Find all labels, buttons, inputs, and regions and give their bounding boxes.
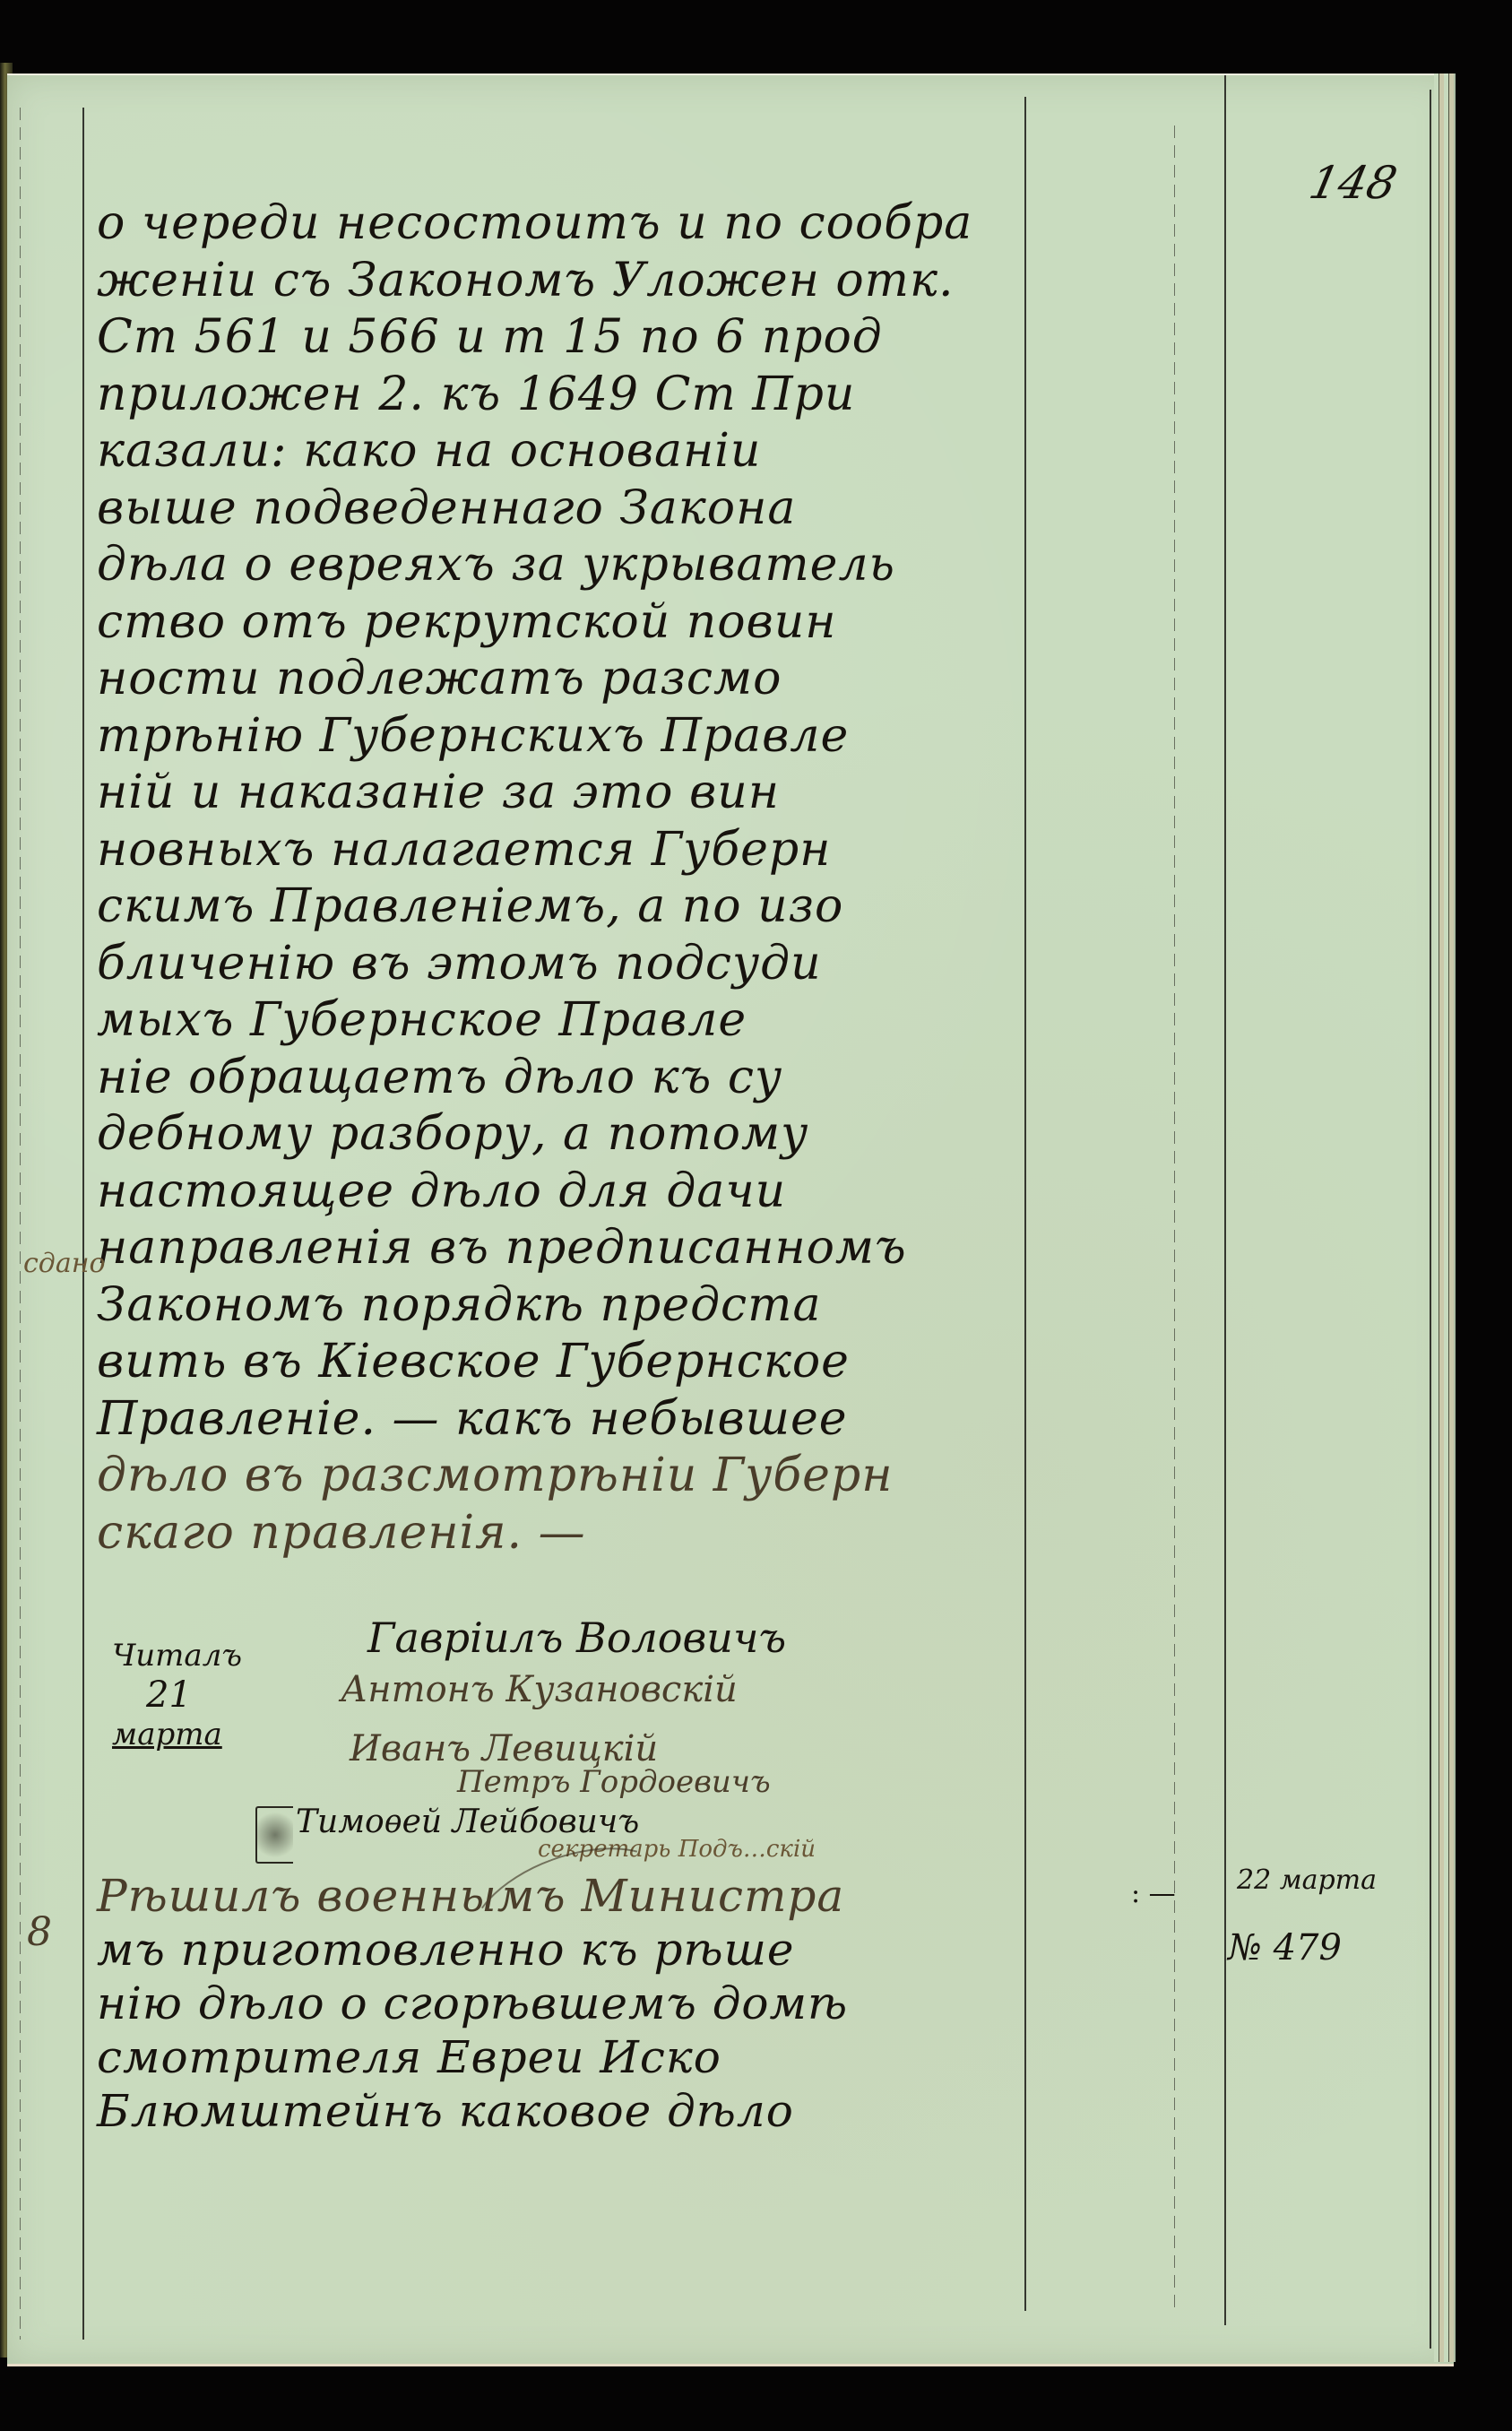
- number-column-rule: [1224, 75, 1226, 2325]
- register-number: № 479: [1228, 1927, 1342, 1968]
- text-line: Ст 561 и 566 и т 15 по 6 прод: [97, 309, 1029, 367]
- text-line: скимъ Правленіемъ, а по изо: [97, 878, 1029, 936]
- text-line: мыхъ Губернское Правле: [97, 992, 1029, 1050]
- signature: Антонъ Кузановскій: [341, 1669, 738, 1710]
- read-note: Читалъ 21 марта: [112, 1636, 242, 1754]
- text-line: ніе обращаетъ дѣло къ су: [97, 1050, 1029, 1107]
- signature: Гаврiилъ Воловичъ: [367, 1613, 786, 1662]
- text-line: о череди несостоитъ и по сообра: [97, 195, 1029, 253]
- date-column-rule: [1174, 125, 1175, 2313]
- read-note-month: марта: [112, 1715, 242, 1754]
- text-line: дѣла о евреяхъ за укрыватель: [97, 537, 1029, 594]
- text-line: Блюмштейнъ каковое дѣло: [97, 2084, 1029, 2138]
- text-line: Закономъ порядкѣ предста: [97, 1277, 1029, 1335]
- text-line: новныхъ налагается Губерн: [97, 822, 1029, 879]
- text-line: дебному разбору, а потому: [97, 1106, 1029, 1164]
- text-line: нію дѣло о сгорѣвшемъ домѣ: [97, 1977, 1029, 2030]
- text-line: скаго правленія. —: [97, 1505, 1029, 1562]
- text-line: казали: како на основаніи: [97, 423, 1029, 480]
- signature: Петръ Гордоевичъ: [457, 1764, 771, 1800]
- text-line: женіи съ Закономъ Уложен отк.: [97, 253, 1029, 310]
- read-note-label: Читалъ: [112, 1636, 242, 1675]
- entry-date: 22 марта: [1237, 1864, 1377, 1896]
- text-line: Рѣшилъ военнымъ Министра: [97, 1869, 1029, 1923]
- text-line: настоящее дѣло для дачи: [97, 1164, 1029, 1221]
- read-note-day: 21: [112, 1675, 242, 1715]
- text-line: смотрителя Евреи Иско: [97, 2030, 1029, 2084]
- text-line: бличенію въ этомъ подсуди: [97, 936, 1029, 993]
- inner-margin-rule: [20, 108, 21, 2340]
- text-line: ній и наказаніе за это вин: [97, 765, 1029, 822]
- signature: Тимоѳей Лейбовичъ: [296, 1804, 639, 1840]
- margin-note-handed-over: сдано: [23, 1248, 106, 1279]
- page-number: 148: [1305, 157, 1402, 209]
- text-line: Правленіе. — какъ небывшее: [97, 1391, 1029, 1449]
- left-margin-rule: [82, 108, 84, 2340]
- entry-1-text: о череди несостоитъ и по сообра женіи съ…: [97, 195, 1029, 1562]
- ditto-mark: : —: [1131, 1878, 1176, 1909]
- stacked-leaf-edges: [1434, 74, 1456, 2362]
- entry-2-text: Рѣшилъ военнымъ Министра мъ приготовленн…: [97, 1869, 1029, 2138]
- text-line: дѣло въ разсмотрѣніи Губерн: [97, 1448, 1029, 1505]
- text-line: вить въ Кіевское Губернское: [97, 1334, 1029, 1391]
- entry-number: 8: [27, 1909, 52, 1955]
- text-line: выше подведеннаго Закона: [97, 480, 1029, 538]
- right-margin-rule: [1430, 90, 1431, 2349]
- text-line: приложен 2. къ 1649 Ст При: [97, 367, 1029, 424]
- text-line: ство отъ рекрутской повин: [97, 594, 1029, 652]
- text-line: ности подлежатъ разсмо: [97, 651, 1029, 708]
- text-line: направленія въ предписанномъ: [97, 1220, 1029, 1277]
- ink-stamp-mark: [255, 1806, 293, 1864]
- text-line: мъ приготовленно къ рѣше: [97, 1923, 1029, 1977]
- text-line: трѣнію Губернскихъ Правле: [97, 708, 1029, 766]
